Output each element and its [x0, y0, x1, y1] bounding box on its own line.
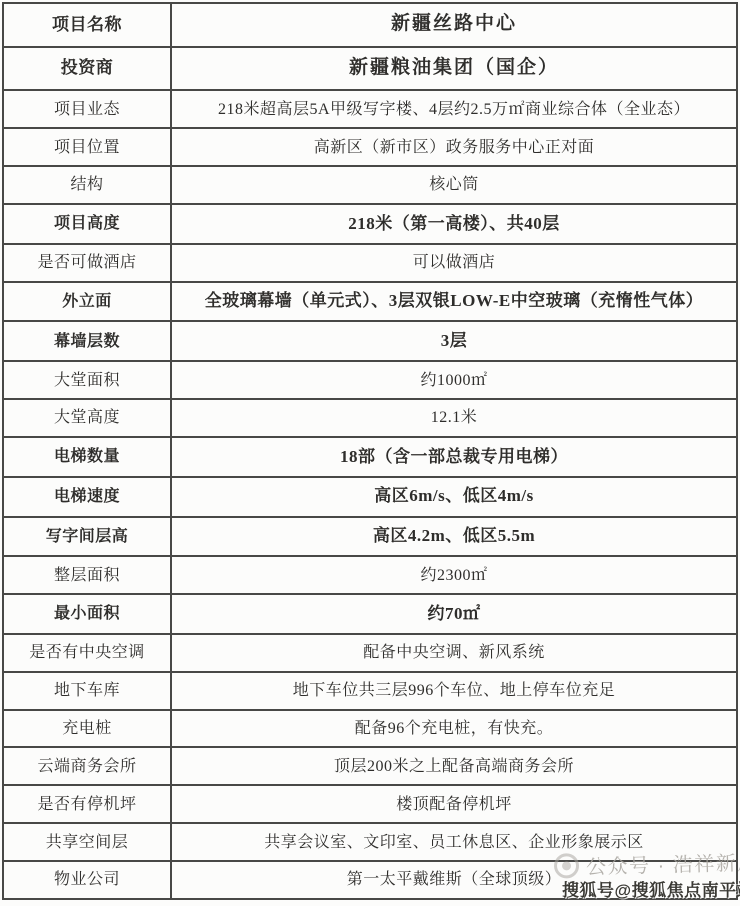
spec-row-project-location: 项目位置高新区（新市区）政务服务中心正对面: [3, 128, 737, 166]
spec-label-curtain-wall-floors: 幕墙层数: [3, 321, 171, 361]
sohu-watermark-text: 搜狐号@搜狐焦点南平站: [562, 876, 740, 901]
spec-label-min-area: 最小面积: [3, 594, 171, 634]
spec-label-underground-garage: 地下车库: [3, 672, 171, 710]
spec-value-project-name: 新疆丝路中心: [171, 3, 737, 47]
spec-value-helipad: 楼顶配备停机坪: [171, 785, 737, 823]
spec-label-project-height: 项目高度: [3, 204, 171, 244]
spec-label-hotel-possible: 是否可做酒店: [3, 244, 171, 282]
spec-label-lobby-area: 大堂面积: [3, 361, 171, 399]
spec-row-facade: 外立面全玻璃幕墙（单元式）、3层双银LOW-E中空玻璃（充惰性气体）: [3, 282, 737, 322]
spec-value-office-floor-height: 高区4.2m、低区5.5m: [171, 517, 737, 557]
spec-value-hotel-possible: 可以做酒店: [171, 244, 737, 282]
spec-label-structure: 结构: [3, 166, 171, 204]
spec-row-investor: 投资商新疆粮油集团（国企）: [3, 47, 737, 91]
spec-value-charging-piles: 配备96个充电桩，有快充。: [171, 710, 737, 748]
spec-row-lobby-height: 大堂高度12.1米: [3, 399, 737, 437]
spec-row-helipad: 是否有停机坪楼顶配备停机坪: [3, 785, 737, 823]
spec-row-min-area: 最小面积约70㎡: [3, 594, 737, 634]
spec-row-project-height: 项目高度218米（第一高楼）、共40层: [3, 204, 737, 244]
spec-value-investor: 新疆粮油集团（国企）: [171, 47, 737, 91]
spec-row-full-floor-area: 整层面积约2300㎡: [3, 556, 737, 594]
spec-row-underground-garage: 地下车库地下车位共三层996个车位、地上停车位充足: [3, 672, 737, 710]
spec-label-helipad: 是否有停机坪: [3, 785, 171, 823]
spec-row-office-floor-height: 写字间层高高区4.2m、低区5.5m: [3, 517, 737, 557]
project-spec-table: 项目名称新疆丝路中心投资商新疆粮油集团（国企）项目业态218米超高层5A甲级写字…: [2, 2, 738, 900]
spec-label-office-floor-height: 写字间层高: [3, 517, 171, 557]
spec-label-sky-business-club: 云端商务会所: [3, 747, 171, 785]
spec-value-project-height: 218米（第一高楼）、共40层: [171, 204, 737, 244]
spec-label-property-management: 物业公司: [3, 861, 171, 899]
spec-value-full-floor-area: 约2300㎡: [171, 556, 737, 594]
spec-label-central-ac: 是否有中央空调: [3, 634, 171, 672]
spec-value-curtain-wall-floors: 3层: [171, 321, 737, 361]
spec-row-elevator-speed: 电梯速度高区6m/s、低区4m/s: [3, 477, 737, 517]
spec-label-charging-piles: 充电桩: [3, 710, 171, 748]
spec-label-elevator-speed: 电梯速度: [3, 477, 171, 517]
spec-value-lobby-height: 12.1米: [171, 399, 737, 437]
project-spec-sheet: 项目名称新疆丝路中心投资商新疆粮油集团（国企）项目业态218米超高层5A甲级写字…: [0, 0, 740, 906]
spec-row-project-name: 项目名称新疆丝路中心: [3, 3, 737, 47]
spec-label-elevator-count: 电梯数量: [3, 437, 171, 477]
spec-row-lobby-area: 大堂面积约1000㎡: [3, 361, 737, 399]
spec-row-elevator-count: 电梯数量18部（含一部总裁专用电梯）: [3, 437, 737, 477]
spec-value-lobby-area: 约1000㎡: [171, 361, 737, 399]
spec-label-lobby-height: 大堂高度: [3, 399, 171, 437]
spec-value-facade: 全玻璃幕墙（单元式）、3层双银LOW-E中空玻璃（充惰性气体）: [171, 282, 737, 322]
spec-value-sky-business-club: 顶层200米之上配备高端商务会所: [171, 747, 737, 785]
spec-value-elevator-speed: 高区6m/s、低区4m/s: [171, 477, 737, 517]
spec-row-curtain-wall-floors: 幕墙层数3层: [3, 321, 737, 361]
haoxiang-logo-icon: [554, 853, 580, 879]
spec-label-investor: 投资商: [3, 47, 171, 91]
spec-row-charging-piles: 充电桩配备96个充电桩，有快充。: [3, 710, 737, 748]
spec-row-sky-business-club: 云端商务会所顶层200米之上配备高端商务会所: [3, 747, 737, 785]
spec-label-full-floor-area: 整层面积: [3, 556, 171, 594]
spec-value-project-location: 高新区（新市区）政务服务中心正对面: [171, 128, 737, 166]
spec-label-project-format: 项目业态: [3, 90, 171, 128]
spec-value-structure: 核心筒: [171, 166, 737, 204]
spec-row-project-format: 项目业态218米超高层5A甲级写字楼、4层约2.5万㎡商业综合体（全业态）: [3, 90, 737, 128]
wechat-watermark-text: 公众号 · 浩祥新房: [586, 846, 740, 880]
spec-row-structure: 结构核心筒: [3, 166, 737, 204]
spec-row-central-ac: 是否有中央空调配备中央空调、新风系统: [3, 634, 737, 672]
spec-label-project-name: 项目名称: [3, 3, 171, 47]
spec-row-hotel-possible: 是否可做酒店可以做酒店: [3, 244, 737, 282]
spec-label-shared-space-floor: 共享空间层: [3, 823, 171, 861]
spec-label-facade: 外立面: [3, 282, 171, 322]
spec-table-body: 项目名称新疆丝路中心投资商新疆粮油集团（国企）项目业态218米超高层5A甲级写字…: [3, 3, 737, 899]
spec-value-min-area: 约70㎡: [171, 594, 737, 634]
spec-value-central-ac: 配备中央空调、新风系统: [171, 634, 737, 672]
spec-value-project-format: 218米超高层5A甲级写字楼、4层约2.5万㎡商业综合体（全业态）: [171, 90, 737, 128]
spec-value-elevator-count: 18部（含一部总裁专用电梯）: [171, 437, 737, 477]
spec-label-project-location: 项目位置: [3, 128, 171, 166]
spec-value-underground-garage: 地下车位共三层996个车位、地上停车位充足: [171, 672, 737, 710]
